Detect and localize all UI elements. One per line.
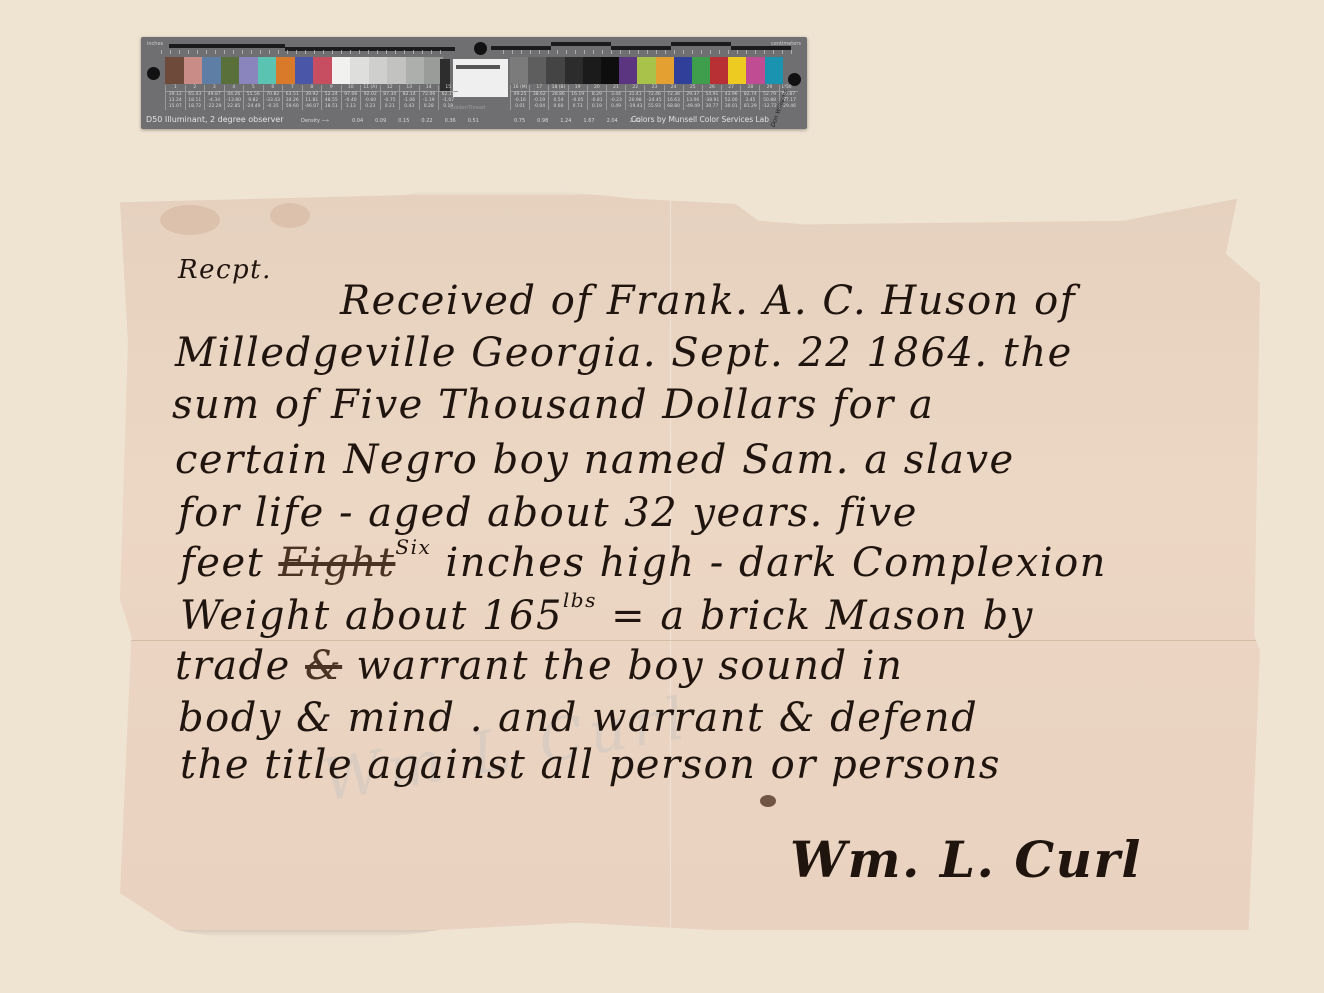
inserted-word: Six bbox=[395, 535, 431, 559]
swatch-4 bbox=[221, 57, 240, 84]
density-values-left: 0.04 0.09 0.15 0.22 0.36 0.51 bbox=[352, 118, 479, 124]
lab-col: 18 (B)28.860.540.60 bbox=[548, 85, 567, 110]
density-label: Density ⟶ bbox=[301, 118, 329, 124]
line7-weight: Weight about 165 bbox=[180, 593, 563, 639]
lab-col: 952.2448.5518.51 bbox=[321, 85, 341, 110]
lab-col: 2882.743.4581.29 bbox=[740, 85, 759, 110]
stain bbox=[270, 203, 310, 228]
lab-col: 349.87-4.34-22.29 bbox=[204, 85, 224, 110]
lab-col: 208.29-0.810.19 bbox=[587, 85, 606, 110]
lab-col: 763.5134.2659.60 bbox=[282, 85, 302, 110]
swatch-24 bbox=[656, 57, 674, 84]
swatch-11 bbox=[350, 57, 369, 84]
word-body: body & bbox=[178, 695, 333, 741]
text-line-4: certain Negro boy named Sam. a slave bbox=[175, 437, 1015, 483]
line6-rest: inches high - dark Complexion bbox=[446, 540, 1107, 586]
lab-col: 1472.06-1.190.28 bbox=[419, 85, 439, 110]
units-inches-label: inches bbox=[147, 41, 163, 47]
text-line-6: feet EightSix inches high - dark Complex… bbox=[180, 540, 1107, 586]
lab-col: 2529.3713.06-49.49 bbox=[683, 85, 702, 110]
text-line-3: sum of Five Thousand Dollars for a bbox=[172, 382, 934, 428]
struck-ampersand: & bbox=[305, 643, 342, 689]
stain bbox=[160, 205, 220, 235]
swatch-18 bbox=[546, 57, 564, 84]
swatch-17 bbox=[528, 57, 546, 84]
line8-rest: warrant the boy sound in bbox=[356, 643, 903, 689]
struck-word: Eight bbox=[278, 540, 395, 586]
goldenthread-logo: GoldenThread bbox=[450, 105, 485, 111]
lab-values-right: 16 (M)49.25-0.160.01 1738.62-0.19-0.04 1… bbox=[510, 85, 798, 110]
fold-line bbox=[120, 640, 1260, 641]
swatch-7 bbox=[276, 57, 295, 84]
text-line-1: Received of Frank. A. C. Huson of bbox=[340, 278, 1076, 324]
word-feet: feet bbox=[180, 540, 264, 586]
swatch-22 bbox=[619, 57, 637, 84]
ruler-ticks bbox=[503, 50, 793, 54]
lab-col: 265.4318.1118.72 bbox=[185, 85, 205, 110]
lab-col: 1738.62-0.19-0.04 bbox=[529, 85, 548, 110]
illuminant-label: D50 Illuminant, 2 degree observer bbox=[146, 115, 284, 124]
lab-col: 139.1213.2415.07 bbox=[165, 85, 185, 110]
swatch-29 bbox=[746, 57, 764, 84]
swatch-8 bbox=[295, 57, 314, 84]
lab-col: 2231.4120.98-19.43 bbox=[625, 85, 644, 110]
lab-col: 555.569.82-24.49 bbox=[243, 85, 263, 110]
munsell-credit: Colors by Munsell Color Services Lab bbox=[631, 115, 769, 124]
swatch-27 bbox=[710, 57, 728, 84]
lab-col: 11 (A)92.02-0.600.23 bbox=[360, 85, 380, 110]
swatch-3 bbox=[202, 57, 221, 84]
swatch-19 bbox=[565, 57, 583, 84]
lab-col: 444.26-13.8022.85 bbox=[224, 85, 244, 110]
swatch-30 bbox=[765, 57, 783, 84]
card-hole bbox=[474, 42, 487, 55]
density-values-right: 0.75 0.98 1.24 1.67 2.04 2.42 bbox=[514, 118, 641, 124]
swatch-10 bbox=[332, 57, 351, 84]
swatch-25 bbox=[674, 57, 692, 84]
color-calibration-card: inches centimeters bbox=[141, 37, 807, 129]
swatch-28 bbox=[728, 57, 746, 84]
ruler-bar bbox=[671, 42, 731, 46]
swatch-20 bbox=[583, 57, 601, 84]
swatch-26 bbox=[692, 57, 710, 84]
lab-col: 1382.14-1.060.43 bbox=[399, 85, 419, 110]
swatch-12 bbox=[369, 57, 388, 84]
lab-values-left: 139.1213.2415.07 265.4318.1118.72 349.87… bbox=[165, 85, 458, 110]
text-line-8: trade & warrant the boy sound in bbox=[175, 643, 903, 689]
swatch-row-left bbox=[165, 57, 443, 84]
lab-col: 2743.9652.0030.01 bbox=[721, 85, 740, 110]
line9-rest: mind . and warrant & defend bbox=[347, 695, 978, 741]
text-line-7: Weight about 165lbs = a brick Mason by bbox=[180, 593, 1034, 639]
lab-col: 839.9211.81-46.07 bbox=[302, 85, 322, 110]
swatch-9 bbox=[313, 57, 332, 84]
lab-col: 670.82-33.43-0.35 bbox=[263, 85, 283, 110]
text-line-2: Milledgeville Georgia. Sept. 22 1864. th… bbox=[175, 330, 1073, 376]
receipt-heading: Recpt. bbox=[178, 255, 272, 285]
text-line-9: body & mind . and warrant & defend bbox=[178, 695, 978, 741]
scale-reference-patch bbox=[453, 59, 508, 97]
swatch-5 bbox=[239, 57, 258, 84]
lab-col: 2372.46-24.4555.93 bbox=[644, 85, 663, 110]
lab-col: 2472.3616.6368.80 bbox=[664, 85, 683, 110]
ruler-bar bbox=[169, 44, 285, 48]
ink-blot bbox=[760, 795, 776, 807]
word-trade: trade bbox=[175, 643, 291, 689]
lab-col: 1287.34-0.750.21 bbox=[380, 85, 400, 110]
unit-lbs: lbs bbox=[563, 588, 597, 612]
lab-col: 16 (M)49.25-0.160.01 bbox=[510, 85, 529, 110]
swatch-21 bbox=[601, 57, 619, 84]
lab-col: 213.44-0.230.49 bbox=[606, 85, 625, 110]
ruler-ticks bbox=[161, 50, 441, 54]
swatch-2 bbox=[184, 57, 203, 84]
text-line-5: for life - aged about 32 years. five bbox=[178, 490, 918, 536]
swatch-row-right bbox=[510, 57, 783, 84]
swatch-13 bbox=[387, 57, 406, 84]
signature: Wm. L. Curl bbox=[790, 830, 1142, 889]
text-line-10: the title against all person or persons bbox=[180, 742, 1001, 788]
lab-col: 2654.91-38.9130.77 bbox=[702, 85, 721, 110]
swatch-6 bbox=[258, 57, 277, 84]
swatch-1 bbox=[165, 57, 184, 84]
line7-rest: = a brick Mason by bbox=[611, 593, 1034, 639]
lab-col: 1097.06-0.401.13 bbox=[341, 85, 361, 110]
swatch-16 bbox=[510, 57, 528, 84]
swatch-14 bbox=[406, 57, 425, 84]
card-hole bbox=[147, 67, 160, 80]
swatch-23 bbox=[637, 57, 655, 84]
lab-col: 1916.19-0.050.73 bbox=[568, 85, 587, 110]
ruler-bar bbox=[551, 42, 611, 46]
